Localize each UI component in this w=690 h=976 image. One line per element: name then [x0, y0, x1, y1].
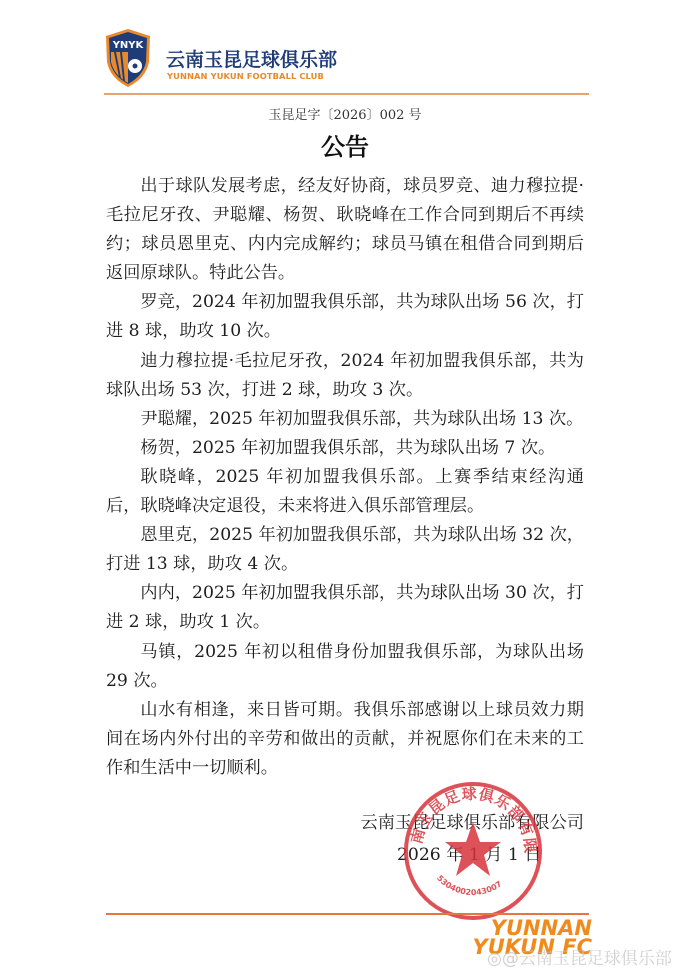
document-title: 公告	[0, 127, 690, 162]
weibo-icon: ◎	[487, 949, 502, 969]
club-header: YNYK 云南玉昆足球俱乐部 YUNNAN YUKUN FOOTBALL CLU…	[104, 28, 614, 94]
paragraph-closing: 山水有相逢，来日皆可期。我俱乐部感谢以上球员效力期间在场内外付出的辛劳和做出的贡…	[106, 696, 584, 783]
paragraph-player: 尹聪耀，2025 年初加盟我俱乐部，共为球队出场 13 次。	[106, 405, 584, 434]
paragraph-player: 杨贺，2025 年初加盟我俱乐部，共为球队出场 7 次。	[106, 434, 584, 463]
club-name-chinese: 云南玉昆足球俱乐部	[166, 45, 337, 72]
weibo-watermark: ◎@云南玉昆足球俱乐部	[487, 944, 672, 969]
club-crest-icon: YNYK	[104, 28, 152, 88]
svg-text:5304002043007: 5304002043007	[435, 874, 503, 898]
paragraph-player: 内内，2025 年初加盟我俱乐部，共为球队出场 30 次，打进 2 球，助攻 1…	[106, 579, 584, 637]
header-divider	[104, 93, 589, 95]
paragraph-intro: 出于球队发展考虑，经友好协商，球员罗竞、迪力穆拉提·毛拉尼牙孜、尹聪耀、杨贺、耿…	[106, 172, 584, 288]
footer-divider	[106, 913, 589, 915]
paragraph-player: 恩里克，2025 年初加盟我俱乐部，共为球队出场 32 次，打进 13 球，助攻…	[106, 521, 584, 579]
paragraph-player: 罗竞，2024 年初加盟我俱乐部，共为球队出场 56 次，打进 8 球，助攻 1…	[106, 288, 584, 346]
paragraph-player: 耿晓峰，2025 年初加盟我俱乐部。上赛季结束经沟通后，耿晓峰决定退役，未来将进…	[106, 463, 584, 521]
paragraph-player: 迪力穆拉提·毛拉尼牙孜，2024 年初加盟我俱乐部，共为球队出场 53 次，打进…	[106, 347, 584, 405]
club-name-english: YUNNAN YUKUN FOOTBALL CLUB	[167, 71, 324, 81]
document-number: 玉昆足字〔2026〕002 号	[0, 104, 690, 123]
svg-text:YNYK: YNYK	[112, 40, 145, 51]
official-seal-icon: 云南玉昆足球俱乐部有限公司 5304002043007	[402, 780, 544, 922]
paragraph-player: 马镇，2025 年初以租借身份加盟我俱乐部，为球队出场 29 次。	[106, 638, 584, 696]
announcement-body: 出于球队发展考虑，经友好协商，球员罗竞、迪力穆拉提·毛拉尼牙孜、尹聪耀、杨贺、耿…	[106, 172, 584, 783]
